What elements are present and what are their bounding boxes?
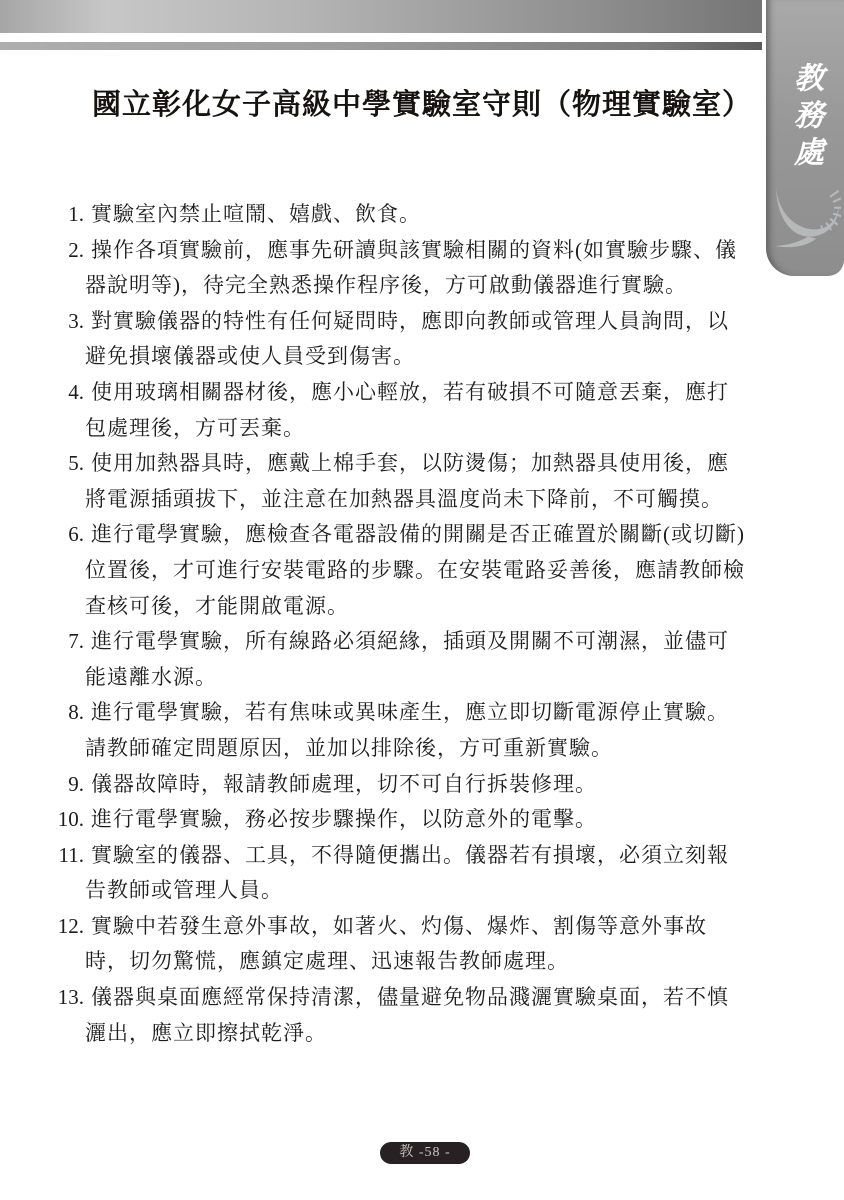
rule-number: 12. bbox=[0, 909, 91, 945]
rule-item: 12.實驗中若發生意外事故，如著火、灼傷、爆炸、割傷等意外事故時，切勿驚慌，應鎮… bbox=[0, 909, 750, 980]
rule-text: 實驗中若發生意外事故，如著火、灼傷、爆炸、割傷等意外事故時，切勿驚慌，應鎮定處理… bbox=[85, 914, 707, 974]
rule-number: 7. bbox=[0, 624, 91, 660]
rule-text: 進行電學實驗，應檢查各電器設備的開關是否正確置於關斷(或切斷)位置後，才可進行安… bbox=[85, 522, 745, 617]
rule-text: 進行電學實驗，務必按步驟操作，以防意外的電擊。 bbox=[91, 807, 597, 831]
header-bar-thin bbox=[0, 42, 762, 50]
rule-text: 儀器與桌面應經常保持清潔，儘量避免物品濺灑實驗桌面，若不慎灑出，應立即擦拭乾淨。 bbox=[85, 985, 729, 1045]
rule-number: 11. bbox=[0, 838, 91, 874]
rule-item: 9.儀器故障時，報請教師處理，切不可自行拆裝修理。 bbox=[0, 767, 750, 803]
page-title: 國立彰化女子高級中學實驗室守則（物理實驗室） bbox=[0, 82, 844, 123]
rule-number: 5. bbox=[0, 446, 91, 482]
rules-list: 1.實驗室內禁止喧鬧、嬉戲、飲食。 2.操作各項實驗前，應事先研讀與該實驗相關的… bbox=[0, 197, 750, 1051]
rule-item: 1.實驗室內禁止喧鬧、嬉戲、飲食。 bbox=[0, 197, 750, 233]
rule-item: 10.進行電學實驗，務必按步驟操作，以防意外的電擊。 bbox=[0, 802, 750, 838]
rule-number: 8. bbox=[0, 695, 91, 731]
rule-text: 使用玻璃相關器材後，應小心輕放，若有破損不可隨意丟棄，應打包處理後，方可丟棄。 bbox=[85, 380, 729, 440]
rule-number: 9. bbox=[0, 767, 91, 803]
rule-number: 3. bbox=[0, 304, 91, 340]
rule-text: 實驗室內禁止喧鬧、嬉戲、飲食。 bbox=[91, 202, 421, 226]
rule-item: 6.進行電學實驗，應檢查各電器設備的開關是否正確置於關斷(或切斷)位置後，才可進… bbox=[0, 517, 750, 624]
rule-text: 進行電學實驗，若有焦味或異味產生，應立即切斷電源停止實驗。請教師確定問題原因，並… bbox=[85, 700, 729, 760]
rule-number: 13. bbox=[0, 980, 91, 1016]
side-tab-academic-affairs: 教務處 bbox=[766, 0, 844, 276]
rule-number: 4. bbox=[0, 375, 91, 411]
page-number-badge: 教 -58 - bbox=[380, 1142, 470, 1164]
rule-item: 5.使用加熱器具時，應戴上棉手套，以防燙傷；加熱器具使用後，應將電源插頭拔下，並… bbox=[0, 446, 750, 517]
feather-icon bbox=[771, 184, 841, 250]
rule-text: 對實驗儀器的特性有任何疑問時，應即向教師或管理人員詢問，以避免損壞儀器或使人員受… bbox=[85, 309, 729, 369]
rule-item: 11.實驗室的儀器、工具，不得隨便攜出。儀器若有損壞，必須立刻報告教師或管理人員… bbox=[0, 838, 750, 909]
rule-text: 實驗室的儀器、工具，不得隨便攜出。儀器若有損壞，必須立刻報告教師或管理人員。 bbox=[85, 843, 729, 903]
rule-number: 6. bbox=[0, 517, 91, 553]
header-bar-thick bbox=[0, 0, 762, 33]
page-number-label: 教 -58 - bbox=[399, 1145, 450, 1160]
rule-item: 3.對實驗儀器的特性有任何疑問時，應即向教師或管理人員詢問，以避免損壞儀器或使人… bbox=[0, 304, 750, 375]
rule-text: 操作各項實驗前，應事先研讀與該實驗相關的資料(如實驗步驟、儀器說明等)，待完全熟… bbox=[85, 238, 737, 298]
rule-item: 2.操作各項實驗前，應事先研讀與該實驗相關的資料(如實驗步驟、儀器說明等)，待完… bbox=[0, 233, 750, 304]
rule-number: 1. bbox=[0, 197, 91, 233]
rule-item: 4.使用玻璃相關器材後，應小心輕放，若有破損不可隨意丟棄，應打包處理後，方可丟棄… bbox=[0, 375, 750, 446]
document-page: 教務處 國立彰化女子高級中學實驗室守則（物理實驗室） 1.實驗室內禁止喧鬧、嬉戲… bbox=[0, 0, 844, 1200]
rule-number: 10. bbox=[0, 802, 91, 838]
rule-text: 進行電學實驗，所有線路必須絕緣，插頭及開關不可潮濕，並儘可能遠離水源。 bbox=[85, 629, 729, 689]
rule-item: 13.儀器與桌面應經常保持清潔，儘量避免物品濺灑實驗桌面，若不慎灑出，應立即擦拭… bbox=[0, 980, 750, 1051]
rule-number: 2. bbox=[0, 233, 91, 269]
rule-item: 7.進行電學實驗，所有線路必須絕緣，插頭及開關不可潮濕，並儘可能遠離水源。 bbox=[0, 624, 750, 695]
rule-text: 使用加熱器具時，應戴上棉手套，以防燙傷；加熱器具使用後，應將電源插頭拔下，並注意… bbox=[85, 451, 729, 511]
rule-item: 8.進行電學實驗，若有焦味或異味產生，應立即切斷電源停止實驗。請教師確定問題原因… bbox=[0, 695, 750, 766]
rule-text: 儀器故障時，報請教師處理，切不可自行拆裝修理。 bbox=[91, 772, 597, 796]
